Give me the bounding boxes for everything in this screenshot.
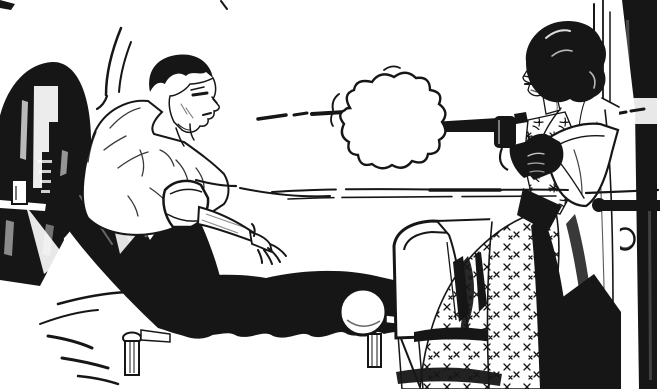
bedside-glass bbox=[12, 180, 27, 204]
woman-hair bbox=[526, 21, 606, 102]
pulp-illustration bbox=[0, 0, 660, 389]
footboard-post bbox=[368, 334, 381, 367]
footboard-knob bbox=[340, 289, 386, 335]
revolver-hammer bbox=[514, 112, 528, 124]
revolver-cylinder bbox=[494, 116, 516, 148]
bed-post bbox=[125, 341, 139, 375]
illustration-canvas bbox=[0, 0, 660, 389]
